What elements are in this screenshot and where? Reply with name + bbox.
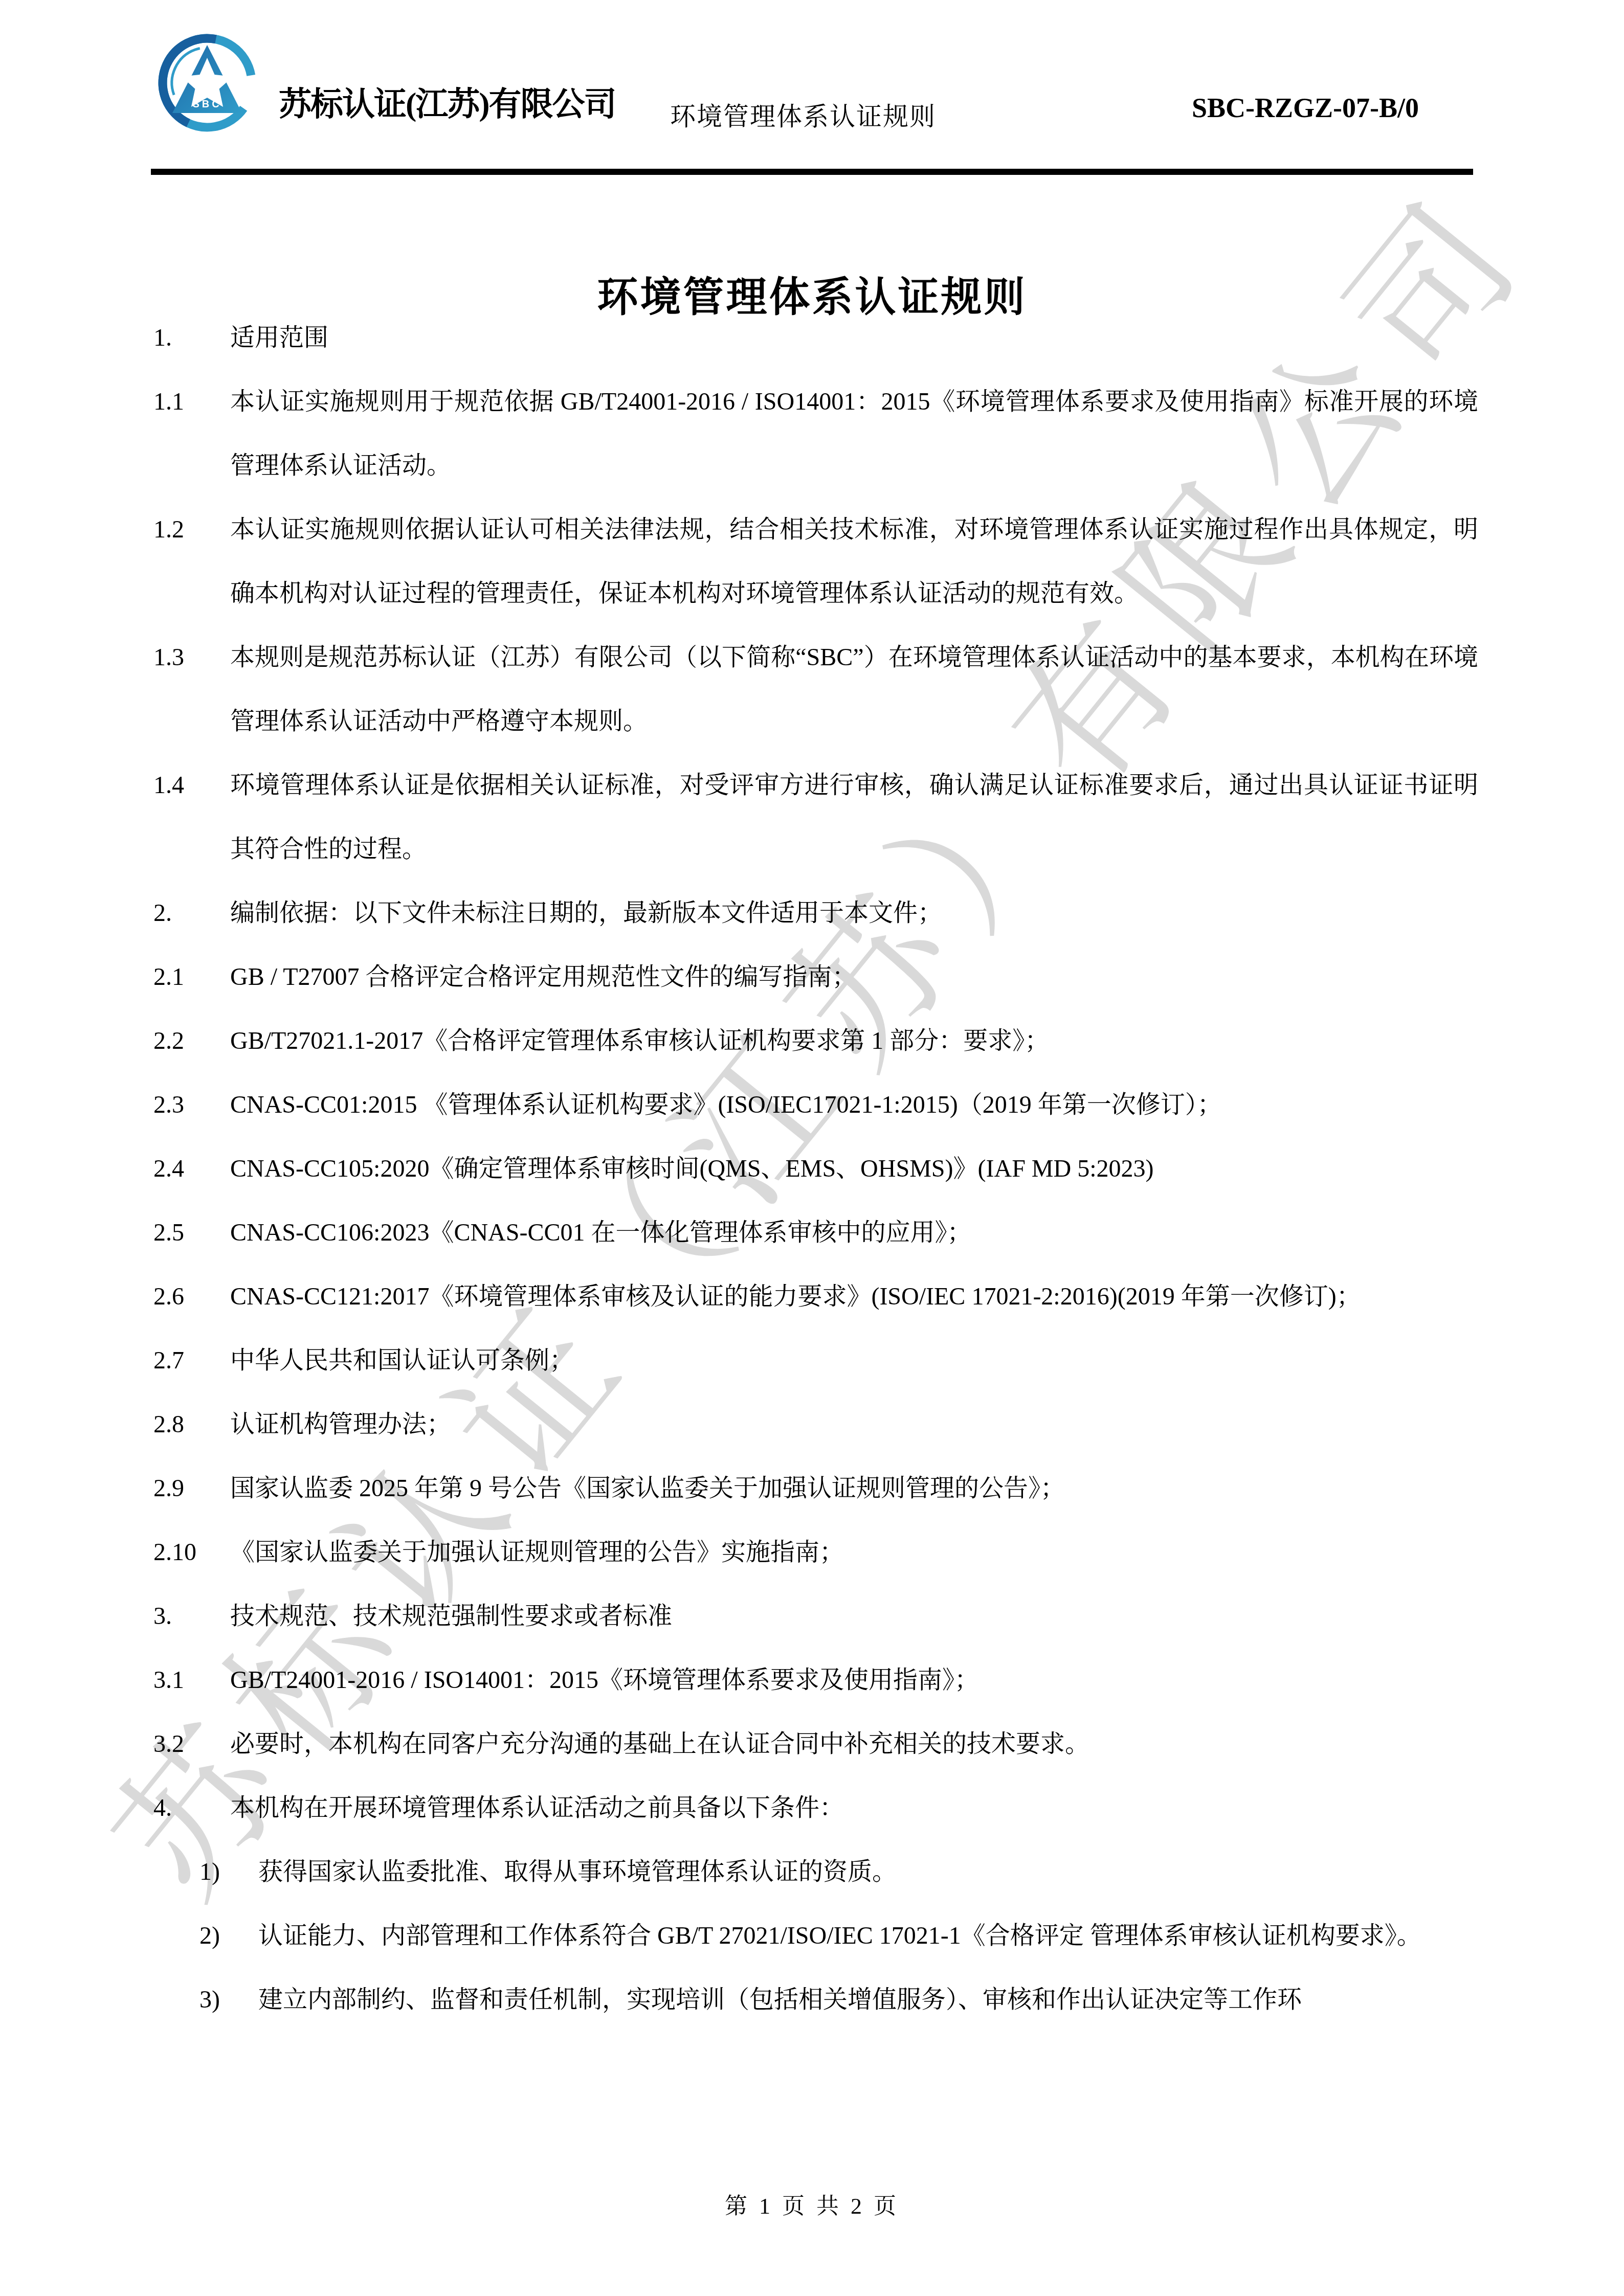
item-number: 2.8	[153, 1392, 228, 1456]
item-number: 3)	[199, 1968, 257, 2032]
header-divider	[151, 169, 1473, 175]
item-number: 1.3	[153, 625, 228, 689]
list-item: 2. 编制依据：以下文件未标注日期的，最新版本文件适用于本文件；	[153, 881, 1478, 945]
list-item: 1) 获得国家认监委批准、取得从事环境管理体系认证的资质。	[153, 1840, 1478, 1904]
list-item: 1.1 本认证实施规则用于规范依据 GB/T24001-2016 / ISO14…	[153, 370, 1478, 498]
item-number: 3.2	[153, 1712, 228, 1776]
item-text: 认证机构管理办法；	[230, 1411, 451, 1438]
list-item: 2.1 GB / T27007 合格评定合格评定用规范性文件的编写指南；	[153, 945, 1478, 1009]
list-item: 2.9 国家认监委 2025 年第 9 号公告《国家认监委关于加强认证规则管理的…	[153, 1456, 1478, 1520]
logo-sbc-text: SBC	[192, 99, 221, 110]
item-number: 1.1	[153, 370, 228, 434]
clause-list: 1. 适用范围 1.1 本认证实施规则用于规范依据 GB/T24001-2016…	[153, 306, 1478, 2032]
item-number: 1)	[199, 1840, 257, 1904]
item-text: 本机构在开展环境管理体系认证活动之前具备以下条件：	[230, 1794, 844, 1821]
document-body: 1. 适用范围 1.1 本认证实施规则用于规范依据 GB/T24001-2016…	[153, 306, 1478, 2032]
header-doc-number: SBC-RZGZ-07-B/0	[1192, 92, 1419, 124]
sbc-logo-icon: SBC	[156, 30, 258, 136]
item-number: 2.3	[153, 1073, 228, 1137]
item-text: 环境管理体系认证是依据相关认证标准，对受评审方进行审核，确认满足认证标准要求后，…	[230, 772, 1478, 863]
item-text: 《国家认监委关于加强认证规则管理的公告》实施指南；	[230, 1539, 844, 1566]
company-name: 苏标认证(江苏)有限公司	[279, 78, 616, 125]
list-item: 2.10 《国家认监委关于加强认证规则管理的公告》实施指南；	[153, 1520, 1478, 1584]
list-item: 2.7 中华人民共和国认证认可条例；	[153, 1329, 1478, 1392]
item-text: GB / T27007 合格评定合格评定用规范性文件的编写指南；	[230, 963, 856, 991]
item-number: 2.5	[153, 1201, 228, 1265]
item-number: 3.	[153, 1584, 228, 1648]
list-item: 3.2 必要时，本机构在同客户充分沟通的基础上在认证合同中补充相关的技术要求。	[153, 1712, 1478, 1776]
item-text: CNAS-CC105:2020《确定管理体系审核时间(QMS、EMS、OHSMS…	[230, 1155, 1154, 1182]
list-item: 3. 技术规范、技术规范强制性要求或者标准	[153, 1584, 1478, 1648]
item-text: 本规则是规范苏标认证（江苏）有限公司（以下简称“SBC”）在环境管理体系认证活动…	[230, 644, 1478, 735]
item-text: 中华人民共和国认证认可条例；	[230, 1347, 574, 1374]
item-number: 2.4	[153, 1137, 228, 1201]
list-item: 2) 认证能力、内部管理和工作体系符合 GB/T 27021/ISO/IEC 1…	[153, 1904, 1478, 1968]
list-item: 1.4 环境管理体系认证是依据相关认证标准，对受评审方进行审核，确认满足认证标准…	[153, 753, 1478, 881]
item-number: 2.6	[153, 1265, 228, 1329]
list-item: 1.3 本规则是规范苏标认证（江苏）有限公司（以下简称“SBC”）在环境管理体系…	[153, 625, 1478, 753]
list-item: 4. 本机构在开展环境管理体系认证活动之前具备以下条件：	[153, 1776, 1478, 1840]
list-item: 2.2 GB/T27021.1-2017《合格评定管理体系审核认证机构要求第 1…	[153, 1009, 1478, 1073]
item-number: 3.1	[153, 1648, 228, 1712]
item-number: 2.1	[153, 945, 228, 1009]
list-item: 3) 建立内部制约、监督和责任机制，实现培训（包括相关增值服务）、审核和作出认证…	[153, 1968, 1478, 2032]
header-doc-title: 环境管理体系认证规则	[670, 96, 936, 133]
item-text: 建立内部制约、监督和责任机制，实现培训（包括相关增值服务）、审核和作出认证决定等…	[258, 1986, 1302, 2013]
item-text: GB/T27021.1-2017《合格评定管理体系审核认证机构要求第 1 部分：…	[230, 1027, 1049, 1054]
item-number: 1.	[153, 306, 228, 370]
item-text: 本认证实施规则用于规范依据 GB/T24001-2016 / ISO14001：…	[230, 388, 1478, 479]
item-text: 认证能力、内部管理和工作体系符合 GB/T 27021/ISO/IEC 1702…	[258, 1922, 1421, 1949]
item-number: 2.10	[153, 1520, 228, 1584]
item-text: 国家认监委 2025 年第 9 号公告《国家认监委关于加强认证规则管理的公告》；	[230, 1475, 1065, 1502]
item-number: 2.	[153, 881, 228, 945]
page-number: 第 1 页 共 2 页	[0, 2188, 1624, 2220]
list-item: 2.8 认证机构管理办法；	[153, 1392, 1478, 1456]
item-text: 必要时，本机构在同客户充分沟通的基础上在认证合同中补充相关的技术要求。	[230, 1730, 1089, 1758]
item-number: 2.9	[153, 1456, 228, 1520]
item-number: 4.	[153, 1776, 228, 1840]
list-item: 2.6 CNAS-CC121:2017《环境管理体系审核及认证的能力要求》(IS…	[153, 1265, 1478, 1329]
item-text: 本认证实施规则依据认证认可相关法律法规，结合相关技术标准，对环境管理体系认证实施…	[230, 516, 1478, 607]
list-item: 2.4 CNAS-CC105:2020《确定管理体系审核时间(QMS、EMS、O…	[153, 1137, 1478, 1201]
item-text: 编制依据：以下文件未标注日期的，最新版本文件适用于本文件；	[230, 899, 942, 927]
list-item: 1.2 本认证实施规则依据认证认可相关法律法规，结合相关技术标准，对环境管理体系…	[153, 498, 1478, 625]
item-number: 2.2	[153, 1009, 228, 1073]
item-text: CNAS-CC01:2015 《管理体系认证机构要求》(ISO/IEC17021…	[230, 1091, 1222, 1118]
item-number: 1.4	[153, 753, 228, 817]
item-text: CNAS-CC121:2017《环境管理体系审核及认证的能力要求》(ISO/IE…	[230, 1283, 1361, 1310]
item-text: GB/T24001-2016 / ISO14001：2015《环境管理体系要求及…	[230, 1667, 979, 1694]
list-item: 2.3 CNAS-CC01:2015 《管理体系认证机构要求》(ISO/IEC1…	[153, 1073, 1478, 1137]
item-text: 获得国家认监委批准、取得从事环境管理体系认证的资质。	[258, 1858, 897, 1885]
list-item: 3.1 GB/T24001-2016 / ISO14001：2015《环境管理体…	[153, 1648, 1478, 1712]
item-number: 2.7	[153, 1329, 228, 1392]
item-text: CNAS-CC106:2023《CNAS-CC01 在一体化管理体系审核中的应用…	[230, 1219, 971, 1246]
item-text: 技术规范、技术规范强制性要求或者标准	[230, 1603, 672, 1630]
list-item: 1. 适用范围	[153, 306, 1478, 370]
item-number: 2)	[199, 1904, 257, 1968]
item-number: 1.2	[153, 498, 228, 561]
item-text: 适用范围	[230, 324, 328, 351]
list-item: 2.5 CNAS-CC106:2023《CNAS-CC01 在一体化管理体系审核…	[153, 1201, 1478, 1265]
